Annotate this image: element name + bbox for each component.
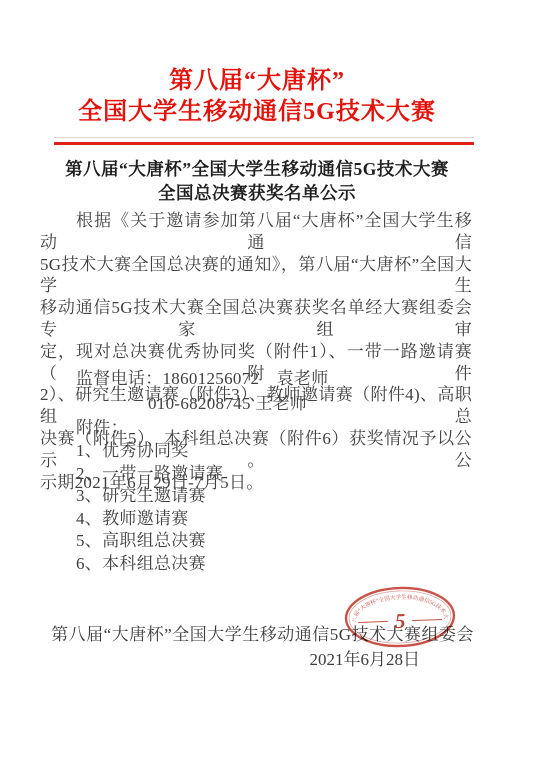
attachment-item: 3、研究生邀请赛 (40, 485, 472, 508)
seal-divider-right (412, 620, 442, 621)
attachment-item: 4、教师邀请赛 (40, 508, 472, 531)
attachment-item: 5、高职组总决赛 (40, 530, 472, 553)
divider-faint-line (54, 137, 474, 138)
attachment-item: 6、本科组总决赛 (40, 553, 472, 576)
official-seal: 第八届“大唐杯”全国大学生移动通信5G技术大赛 5 (341, 582, 459, 652)
body-line: 5G技术大赛全国总决赛的通知》，第八届“大唐杯”全国大学生 (40, 254, 472, 298)
notice-title: 第八届“大唐杯”全国大学生移动通信5G技术大赛 全国总决赛获奖名单公示 (40, 158, 474, 205)
date-line: 2021年6月28日 (40, 648, 420, 671)
seal-divider-left (358, 621, 388, 622)
attachments-label: 附件： (40, 416, 472, 440)
supervision-phone-line: 监督电话：18601256072 袁老师 (40, 366, 472, 391)
notice-title-line-1: 第八届“大唐杯”全国大学生移动通信5G技术大赛 (40, 158, 474, 182)
masthead-line-1: 第八届“大唐杯” (40, 66, 474, 97)
seal-center-glyph: 5 (394, 609, 405, 633)
masthead-line-2: 全国大学生移动通信5G技术大赛 (40, 97, 474, 128)
body-line: 移动通信5G技术大赛全国总决赛获奖名单经大赛组委会专家组审 (40, 297, 472, 341)
attachment-item: 1、优秀协同奖 (40, 440, 472, 463)
red-masthead: 第八届“大唐杯” 全国大学生移动通信5G技术大赛 (40, 66, 474, 128)
document-page: 第八届“大唐杯” 全国大学生移动通信5G技术大赛 第八届“大唐杯”全国大学生移动… (0, 0, 543, 768)
secondary-phone-line: 010-68208745 王老师 (40, 391, 472, 416)
contact-and-attachments: 监督电话：18601256072 袁老师 010-68208745 王老师 附件… (40, 366, 472, 576)
notice-title-line-2: 全国总决赛获奖名单公示 (40, 182, 474, 206)
red-divider-line (54, 142, 474, 145)
body-line: 根据《关于邀请参加第八届“大唐杯”全国大学生移动通信 (40, 210, 472, 254)
attachment-item: 2、一带一路邀请赛 (40, 463, 472, 486)
